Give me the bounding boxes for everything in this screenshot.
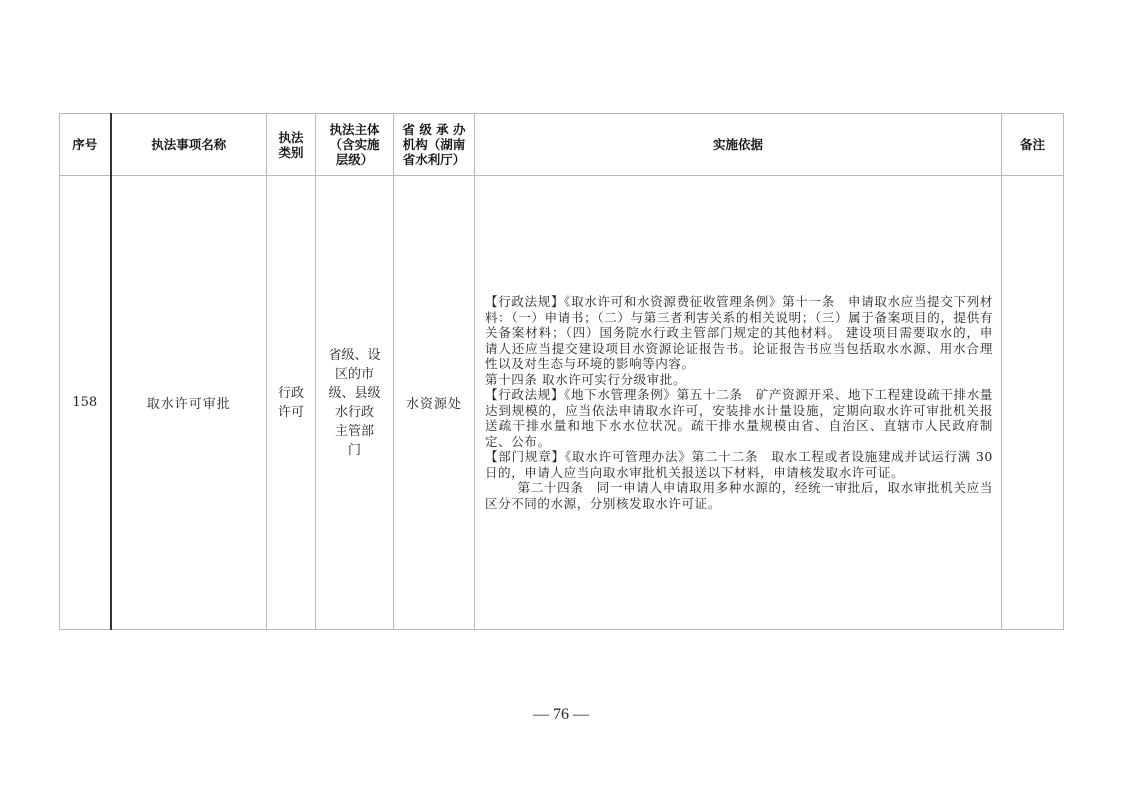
subject-line: 主管部 [328,422,380,441]
header-item-name: 执法事项名称 [111,114,267,176]
header-category-line: 执法 [267,130,315,145]
cell-item-name: 取水许可审批 [111,176,267,630]
cell-subject: 省级、设 区的市 级、县级 水行政 主管部 门 [316,176,394,630]
header-category-line: 类别 [267,145,315,160]
header-subject-line: 层级） [316,152,393,167]
cell-category: 行政 许可 [267,176,316,630]
basis-text-block: 【行政法规】《取水许可和水资源费征收管理条例》第十一条 申请取水应当提交下列材料… [485,294,993,511]
header-agency-line: 省 级 承 办 [394,122,474,137]
item-name-text: 取水许可审批 [147,397,231,412]
category-line: 行政 [278,384,304,403]
agency-text: 水资源处 [406,397,462,412]
cell-remark [1002,176,1064,630]
header-remark: 备注 [1002,114,1064,176]
basis-paragraph: 【行政法规】《取水许可和水资源费征收管理条例》第十一条 申请取水应当提交下列材料… [485,294,993,372]
basis-paragraph: 【行政法规】《地下水管理条例》第五十二条 矿产资源开采、地下工程建设疏干排水量达… [485,387,993,449]
page-number: — 76 — [0,706,1122,724]
subject-line: 水行政 [328,403,380,422]
basis-paragraph: 【部门规章】《取水许可管理办法》第二十二条 取水工程或者设施建成并试运行满 30… [485,449,993,480]
subject-text: 省级、设 区的市 级、县级 水行政 主管部 门 [328,346,380,460]
header-subject: 执法主体 （含实施 层级） [316,114,394,176]
subject-line: 区的市 [328,365,380,384]
header-subject-line: （含实施 [316,137,393,152]
cell-agency: 水资源处 [394,176,475,630]
basis-paragraph: 第十四条 取水许可实行分级审批。 [485,372,993,388]
header-agency-line: 省水利厅） [394,152,474,167]
table-row: 158 取水许可审批 行政 许可 省级、设 区的市 级、县级 水行政 主管部 门 [60,176,1064,630]
subject-line: 门 [328,441,380,460]
category-line: 许可 [278,403,304,422]
cell-seq: 158 [60,176,111,630]
header-agency: 省 级 承 办 机构（湖南 省水利厅） [394,114,475,176]
header-seq: 序号 [60,114,111,176]
subject-line: 省级、设 [328,346,380,365]
table-header-row: 序号 执法事项名称 执法 类别 执法主体 （含实施 层级） 省 级 承 办 机构… [60,114,1064,176]
subject-line: 级、县级 [328,384,380,403]
enforcement-items-table: 序号 执法事项名称 执法 类别 执法主体 （含实施 层级） 省 级 承 办 机构… [59,113,1064,630]
basis-paragraph: 第二十四条 同一申请人申请取用多种水源的，经统一审批后，取水审批机关应当区分不同… [485,480,993,511]
header-subject-line: 执法主体 [316,122,393,137]
header-agency-line: 机构（湖南 [394,137,474,152]
header-category: 执法 类别 [267,114,316,176]
category-text: 行政 许可 [278,384,304,422]
header-basis: 实施依据 [475,114,1002,176]
cell-basis: 【行政法规】《取水许可和水资源费征收管理条例》第十一条 申请取水应当提交下列材料… [475,176,1002,630]
